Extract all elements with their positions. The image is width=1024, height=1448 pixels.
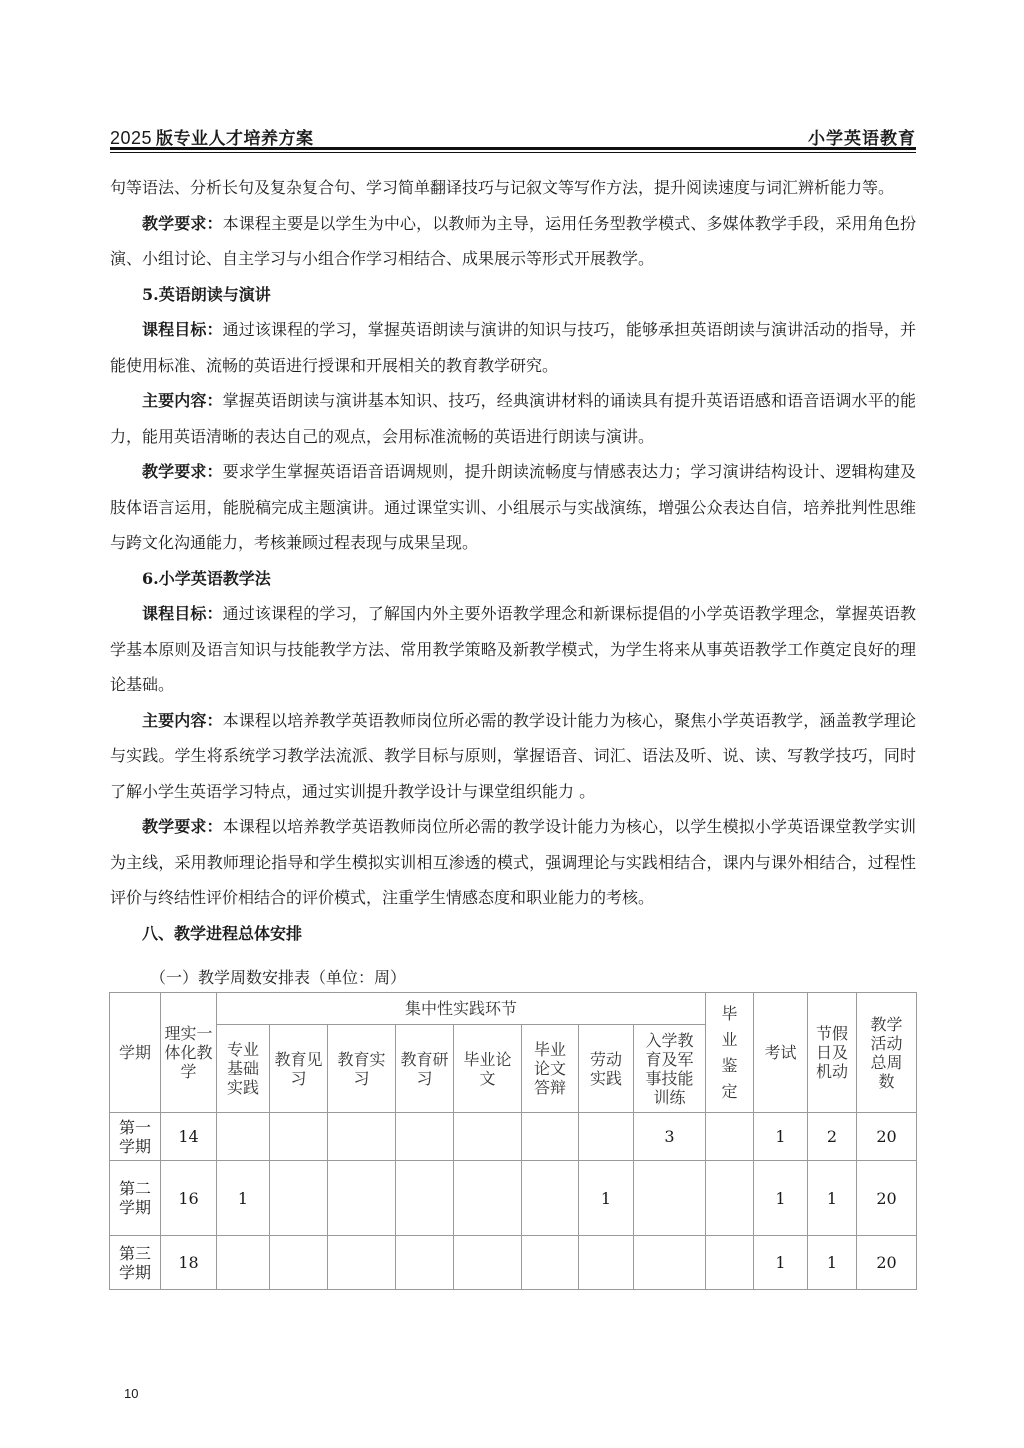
cell-basic-practice: 1 bbox=[217, 1161, 270, 1236]
cell-basic-practice bbox=[217, 1113, 270, 1161]
cell-exam: 1 bbox=[754, 1113, 808, 1161]
paragraph-lead: 教学要求： bbox=[142, 462, 223, 481]
paragraph-teaching-requirements-6: 教学要求：本课程以培养教学英语教师岗位所必需的教学设计能力为核心，以学生模拟小学… bbox=[110, 809, 916, 916]
cell-labor: 1 bbox=[579, 1161, 634, 1236]
cell-military bbox=[634, 1161, 706, 1236]
col-header-graduation: 毕业鉴定 bbox=[706, 993, 754, 1113]
paragraph-text: 本课程主要是以学生为中心，以教师为主导，运用任务型教学模式、多媒体教学手段，采用… bbox=[110, 214, 916, 269]
cell-total: 20 bbox=[857, 1113, 917, 1161]
cell-integrated: 18 bbox=[161, 1236, 217, 1290]
paragraph-text: 本课程以培养教学英语教师岗位所必需的教学设计能力为核心，聚焦小学英语教学，涵盖教… bbox=[110, 711, 916, 801]
col-group-header-practice: 集中性实践环节 bbox=[217, 993, 706, 1025]
cell-military bbox=[634, 1236, 706, 1290]
header-rule-thin bbox=[110, 152, 916, 153]
table-row: 第一学期 14 3 1 2 20 bbox=[110, 1113, 917, 1161]
cell-integrated: 16 bbox=[161, 1161, 217, 1236]
cell-internship bbox=[328, 1161, 396, 1236]
cell-thesis bbox=[454, 1236, 522, 1290]
table-row: 第三学期 18 1 1 20 bbox=[110, 1236, 917, 1290]
col-header-research: 教育研习 bbox=[396, 1025, 454, 1113]
page-header: 2025版专业人才培养方案 小学英语教育 bbox=[110, 124, 916, 146]
cell-labor bbox=[579, 1236, 634, 1290]
cell-exam: 1 bbox=[754, 1236, 808, 1290]
document-body: 句等语法、分析长句及复杂复合句、学习简单翻译技巧与记叙文等写作方法，提升阅读速度… bbox=[110, 170, 916, 951]
paragraph-text: 要求学生掌握英语语音语调规则，提升朗读流畅度与情感表达力；学习演讲结构设计、逻辑… bbox=[110, 462, 916, 552]
cell-research bbox=[396, 1236, 454, 1290]
cell-semester: 第三学期 bbox=[110, 1236, 161, 1290]
cell-military: 3 bbox=[634, 1113, 706, 1161]
paragraph-teaching-requirements-4: 教学要求：本课程主要是以学生为中心，以教师为主导，运用任务型教学模式、多媒体教学… bbox=[110, 206, 916, 277]
cell-graduation bbox=[706, 1161, 754, 1236]
paragraph-continued: 句等语法、分析长句及复杂复合句、学习简单翻译技巧与记叙文等写作方法，提升阅读速度… bbox=[110, 170, 916, 206]
header-rule-thick bbox=[110, 147, 916, 150]
col-header-defense: 毕业论文答辩 bbox=[522, 1025, 579, 1113]
paragraph-text: 通过该课程的学习，掌握英语朗读与演讲的知识与技巧，能够承担英语朗读与演讲活动的指… bbox=[110, 320, 916, 375]
cell-internship bbox=[328, 1236, 396, 1290]
cell-research bbox=[396, 1161, 454, 1236]
page-number: 10 bbox=[124, 1386, 138, 1401]
cell-observation bbox=[270, 1113, 328, 1161]
cell-graduation bbox=[706, 1236, 754, 1290]
cell-semester: 第一学期 bbox=[110, 1113, 161, 1161]
header-major-name: 小学英语教育 bbox=[808, 124, 916, 149]
section-heading-6: 6.小学英语教学法 bbox=[110, 561, 916, 597]
cell-semester: 第二学期 bbox=[110, 1161, 161, 1236]
col-header-internship: 教育实习 bbox=[328, 1025, 396, 1113]
col-header-integrated: 理实一体化教学 bbox=[161, 993, 217, 1113]
paragraph-text: 掌握英语朗读与演讲基本知识、技巧，经典演讲材料的诵读具有提升英语语感和语音语调水… bbox=[110, 391, 916, 446]
cell-integrated: 14 bbox=[161, 1113, 217, 1161]
paragraph-main-content-5: 主要内容：掌握英语朗读与演讲基本知识、技巧，经典演讲材料的诵读具有提升英语语感和… bbox=[110, 383, 916, 454]
cell-holiday: 2 bbox=[808, 1113, 857, 1161]
paragraph-teaching-requirements-5: 教学要求：要求学生掌握英语语音语调规则，提升朗读流畅度与情感表达力；学习演讲结构… bbox=[110, 454, 916, 561]
paragraph-lead: 主要内容： bbox=[142, 391, 223, 410]
cell-holiday: 1 bbox=[808, 1161, 857, 1236]
cell-research bbox=[396, 1113, 454, 1161]
col-header-basic-practice: 专业基础实践 bbox=[217, 1025, 270, 1113]
cell-exam: 1 bbox=[754, 1161, 808, 1236]
cell-internship bbox=[328, 1113, 396, 1161]
paragraph-lead: 课程目标： bbox=[142, 604, 223, 623]
cell-total: 20 bbox=[857, 1236, 917, 1290]
cell-defense bbox=[522, 1161, 579, 1236]
cell-graduation bbox=[706, 1113, 754, 1161]
header-document-title: 2025版专业人才培养方案 bbox=[110, 124, 314, 149]
paragraph-course-goal-5: 课程目标：通过该课程的学习，掌握英语朗读与演讲的知识与技巧，能够承担英语朗读与演… bbox=[110, 312, 916, 383]
paragraph-lead: 教学要求： bbox=[142, 214, 223, 233]
col-header-total: 教学活动总周数 bbox=[857, 993, 917, 1113]
paragraph-text: 通过该课程的学习，了解国内外主要外语教学理念和新课标提倡的小学英语教学理念，掌握… bbox=[110, 604, 916, 694]
paragraph-course-goal-6: 课程目标：通过该课程的学习，了解国内外主要外语教学理念和新课标提倡的小学英语教学… bbox=[110, 596, 916, 703]
cell-holiday: 1 bbox=[808, 1236, 857, 1290]
paragraph-lead: 教学要求： bbox=[142, 817, 223, 836]
section-heading-5: 5.英语朗读与演讲 bbox=[110, 277, 916, 313]
cell-observation bbox=[270, 1161, 328, 1236]
table-row: 第二学期 16 1 1 1 1 20 bbox=[110, 1161, 917, 1236]
paragraph-lead: 主要内容： bbox=[142, 711, 223, 730]
cell-observation bbox=[270, 1236, 328, 1290]
col-header-exam: 考试 bbox=[754, 993, 808, 1113]
col-header-military: 入学教育及军事技能训练 bbox=[634, 1025, 706, 1113]
teaching-weeks-table: 学期 理实一体化教学 集中性实践环节 毕业鉴定 考试 节假日及机动 教学活动总周… bbox=[109, 992, 917, 1290]
table-header-row-1: 学期 理实一体化教学 集中性实践环节 毕业鉴定 考试 节假日及机动 教学活动总周… bbox=[110, 993, 917, 1025]
cell-thesis bbox=[454, 1113, 522, 1161]
col-header-labor: 劳动实践 bbox=[579, 1025, 634, 1113]
cell-labor bbox=[579, 1113, 634, 1161]
paragraph-text: 本课程以培养教学英语教师岗位所必需的教学设计能力为核心，以学生模拟小学英语课堂教… bbox=[110, 817, 916, 907]
table-caption: （一）教学周数安排表（单位：周） bbox=[150, 965, 406, 988]
cell-defense bbox=[522, 1113, 579, 1161]
col-header-observation: 教育见习 bbox=[270, 1025, 328, 1113]
cell-thesis bbox=[454, 1161, 522, 1236]
header-year: 2025 bbox=[110, 128, 152, 148]
col-header-holiday: 节假日及机动 bbox=[808, 993, 857, 1113]
col-header-thesis: 毕业论文 bbox=[454, 1025, 522, 1113]
paragraph-lead: 课程目标： bbox=[142, 320, 223, 339]
cell-total: 20 bbox=[857, 1161, 917, 1236]
cell-defense bbox=[522, 1236, 579, 1290]
cell-basic-practice bbox=[217, 1236, 270, 1290]
paragraph-main-content-6: 主要内容：本课程以培养教学英语教师岗位所必需的教学设计能力为核心，聚焦小学英语教… bbox=[110, 703, 916, 810]
section-heading-8: 八、教学进程总体安排 bbox=[110, 916, 916, 952]
col-header-semester: 学期 bbox=[110, 993, 161, 1113]
header-title-text: 版专业人才培养方案 bbox=[156, 129, 314, 149]
